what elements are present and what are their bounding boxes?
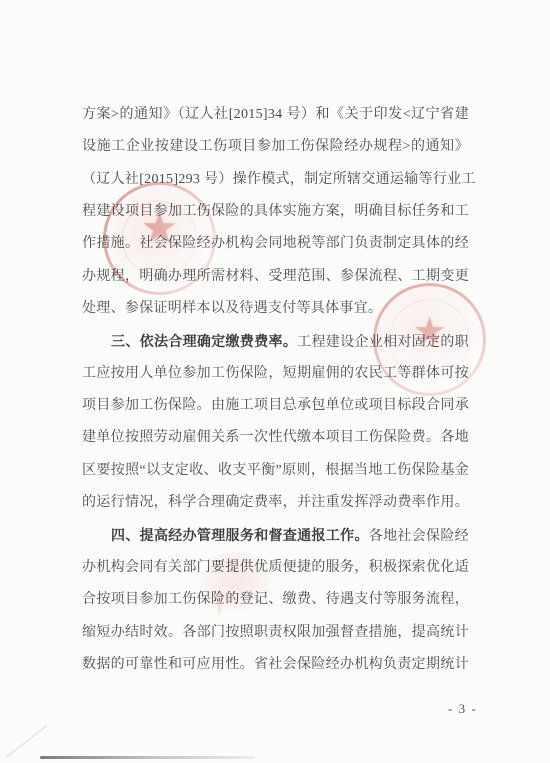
text-run: （辽人社[2015]293 号）操作模式，制定所辖交通运输等行业工 — [82, 172, 476, 187]
text-line: 作措施。社会保险经办机构会同地税等部门负责制定具体的经 — [82, 228, 469, 260]
section-heading-4: 四、提高经办管理服务和督查通报工作。 — [111, 527, 369, 543]
text-line: 工应按用人单位参加工伤保险，短期雇佣的农民工等群体可按 — [82, 358, 469, 390]
text-line: 的运行情况，科学合理确定费率，并注重发挥浮动费率作用。 — [82, 487, 469, 519]
text-run: 缩短办结时效。各部门按照职责权限加强督查措施，提高统计 — [82, 625, 469, 640]
text-line: 方案>的通知》（辽人社[2015]34 号）和《关于印发<辽宁省建 — [82, 99, 469, 131]
text-line: 建单位按照劳动雇佣关系一次性代缴本项目工伤保险费。各地 — [82, 422, 469, 454]
text-run: 各地社会保险经 — [369, 529, 469, 544]
text-run: 的运行情况，科学合理确定费率，并注重发挥浮动费率作用。 — [82, 495, 469, 510]
text-run: 作措施。社会保险经办机构会同地税等部门负责制定具体的经 — [82, 236, 469, 251]
text-run: 办机构会同有关部门要提供优质便捷的服务，积极探索优化适 — [82, 560, 469, 575]
page-number: - 3 - — [448, 701, 477, 717]
text-line: 项目参加工伤保险。由施工项目总承包单位或项目标段合同承 — [82, 390, 469, 422]
text-run: 程建设项目参加工伤保险的具体实施方案，明确目标任务和工 — [82, 204, 469, 219]
scan-artifact-line — [6, 725, 48, 758]
scanned-document-page: 方案>的通知》（辽人社[2015]34 号）和《关于印发<辽宁省建 设施工企业按… — [0, 0, 550, 763]
text-run: 项目参加工伤保险。由施工项目总承包单位或项目标段合同承 — [82, 398, 469, 413]
text-run: 方案>的通知》（辽人社[2015]34 号）和《关于印发<辽宁省建 — [82, 107, 469, 122]
text-run: 办规程，明确办理所需材料、受理范围、参保流程、工期变更 — [82, 269, 469, 284]
text-line: 数据的可靠性和可应用性。省社会保险经办机构负责定期统计 — [82, 649, 469, 681]
text-run: 建单位按照劳动雇佣关系一次性代缴本项目工伤保险费。各地 — [82, 430, 469, 445]
text-run: 处理、参保证明样本以及待遇支付等具体事宜。 — [82, 301, 382, 316]
text-line: 处理、参保证明样本以及待遇支付等具体事宜。 — [82, 293, 469, 325]
scan-artifact-smudge — [40, 756, 255, 759]
text-line: 程建设项目参加工伤保险的具体实施方案，明确目标任务和工 — [82, 196, 469, 228]
text-line: 办规程，明确办理所需材料、受理范围、参保流程、工期变更 — [82, 261, 469, 293]
text-line: 缩短办结时效。各部门按照职责权限加强督查措施，提高统计 — [82, 617, 469, 649]
text-line: 合按项目参加工伤保险的登记、缴费、待遇支付等服务流程， — [82, 584, 469, 616]
text-run: 区要按照“以支定收、收支平衡”原则，根据当地工伤保险基金 — [82, 463, 469, 478]
text-run: 合按项目参加工伤保险的登记、缴费、待遇支付等服务流程， — [82, 592, 469, 607]
text-run: 工程建设企业相对固定的职 — [297, 335, 469, 350]
faded-stamp-mark — [196, 552, 276, 610]
text-line: 四、提高经办管理服务和督查通报工作。各地社会保险经 — [82, 519, 469, 551]
text-run: 工应按用人单位参加工伤保险，短期雇佣的农民工等群体可按 — [82, 366, 469, 381]
text-line: 设施工企业按建设工伤项目参加工伤保险经办规程>的通知》 — [82, 131, 469, 163]
text-line: （辽人社[2015]293 号）操作模式，制定所辖交通运输等行业工 — [82, 164, 469, 196]
document-body: 方案>的通知》（辽人社[2015]34 号）和《关于印发<辽宁省建 设施工企业按… — [82, 99, 469, 681]
section-heading-3: 三、依法合理确定缴费费率。 — [111, 333, 297, 349]
text-run: 设施工企业按建设工伤项目参加工伤保险经办规程>的通知》 — [82, 139, 469, 154]
text-line: 区要按照“以支定收、收支平衡”原则，根据当地工伤保险基金 — [82, 455, 469, 487]
text-run: 数据的可靠性和可应用性。省社会保险经办机构负责定期统计 — [82, 657, 469, 672]
text-line: 三、依法合理确定缴费费率。工程建设企业相对固定的职 — [82, 325, 469, 357]
